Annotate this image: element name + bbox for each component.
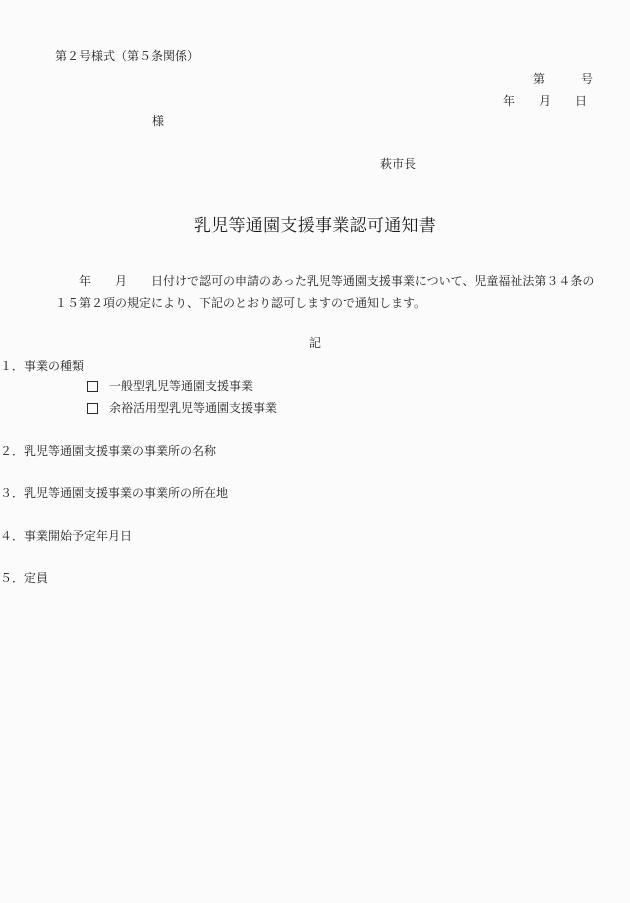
item-office-location: ３．乳児等通園支援事業の事業所の所在地: [0, 486, 228, 500]
body-paragraph-line-2: １５第２項の規定により、下記のとおり認可しますので通知します。: [55, 296, 426, 310]
document-page: 第２号様式（第５条関係） 第 号 年 月 日 様 萩市長 乳児等通園支援事業認可…: [0, 0, 630, 903]
document-number-placeholder: 第 号: [533, 72, 593, 86]
record-marker: 記: [0, 336, 630, 350]
item-start-date: ４．事業開始予定年月日: [0, 529, 132, 543]
document-title: 乳児等通園支援事業認可通知書: [0, 215, 630, 237]
item-business-type: １．事業の種類: [0, 359, 84, 373]
addressee-honorific: 様: [152, 114, 164, 128]
form-number-label: 第２号様式（第５条関係）: [55, 49, 199, 63]
body-paragraph-line-1: 年 月 日付けで認可の申請のあった乳児等通園支援事業について、児童福祉法第３４条…: [55, 274, 594, 288]
date-placeholder: 年 月 日: [503, 94, 587, 108]
option-label: 一般型乳児等通園支援事業: [109, 379, 253, 393]
option-label: 余裕活用型乳児等通園支援事業: [109, 401, 277, 415]
option-surplus-type: 余裕活用型乳児等通園支援事業: [87, 401, 277, 415]
item-capacity: ５．定員: [0, 571, 48, 585]
option-general-type: 一般型乳児等通園支援事業: [87, 379, 253, 393]
checkbox-unchecked-icon: [87, 403, 98, 414]
sender-title: 萩市長: [380, 157, 416, 171]
checkbox-unchecked-icon: [87, 381, 98, 392]
item-office-name: ２．乳児等通園支援事業の事業所の名称: [0, 444, 216, 458]
